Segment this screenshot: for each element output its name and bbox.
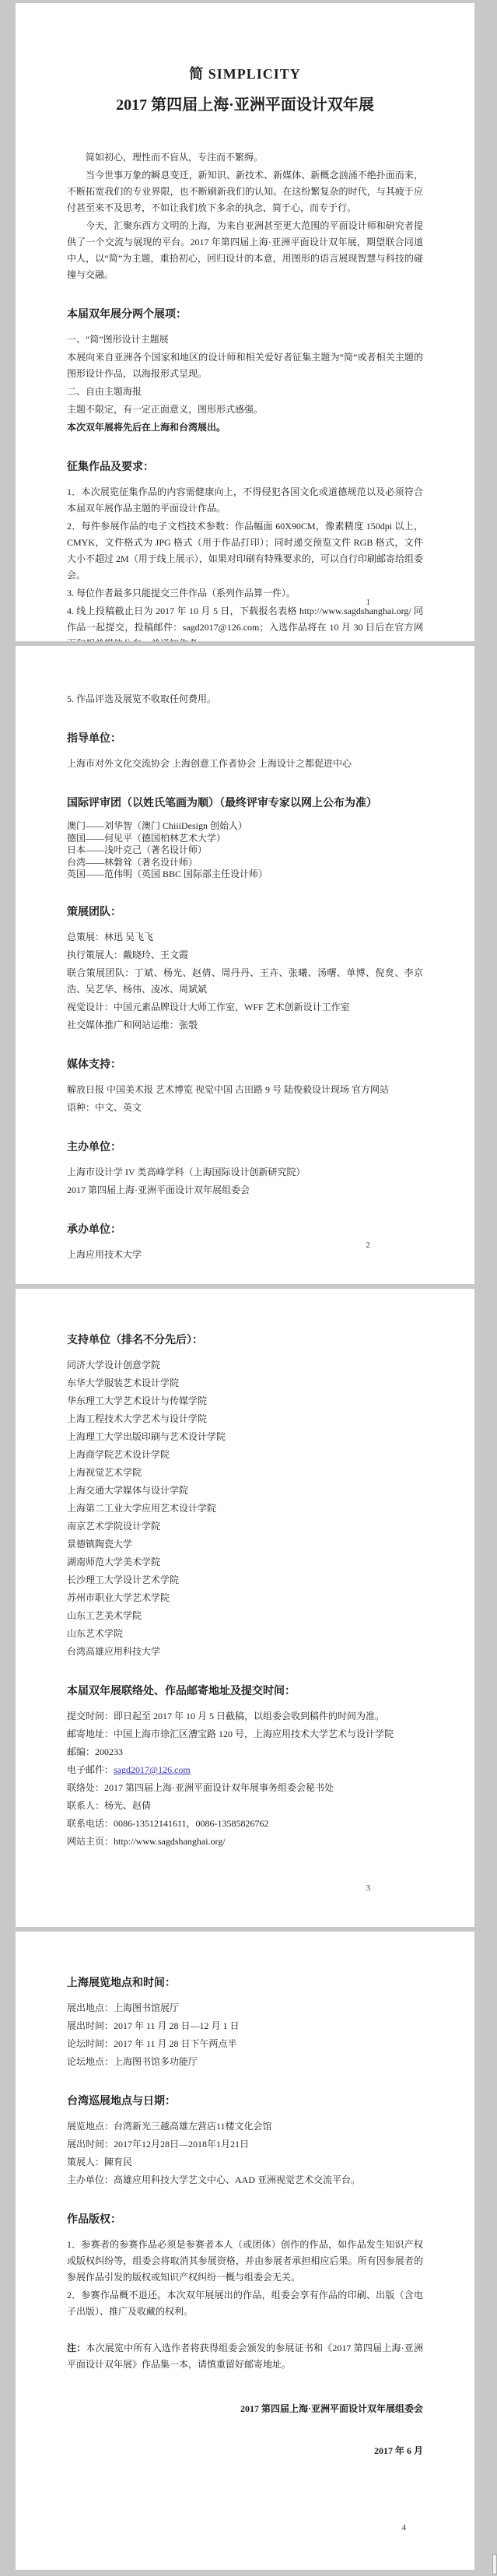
page-number: 1 (366, 598, 371, 607)
paragraph: 联系人：杨光、赵倩 (67, 1798, 423, 1814)
section-heading: 本届双年展联络处、作品邮寄地址及提交时间： (67, 1683, 423, 1700)
document-page: 支持单位（排名不分先后）：同济大学设计创意学院东华大学服装艺术设计学院华东理工大… (16, 1289, 474, 1927)
paragraph: 2017 第四届上海·亚洲平面设计双年展组委会 (67, 1182, 423, 1199)
document-subtitle: 2017 第四届上海·亚洲平面设计双年展 (67, 92, 423, 118)
document-page: 5. 作品评选及展览不收取任何费用。指导单位：上海市对外文化交流协会 上海创意工… (16, 646, 474, 1284)
paragraph: 上海市设计学 IV 类高峰学科（上海国际设计创新研究院） (67, 1164, 423, 1181)
signature-line: 2017 年 6 月 (67, 2441, 423, 2460)
paragraph: 语种：中文、英文 (67, 1100, 423, 1116)
jury-list-line: 台湾——林磐耸（著名设计师） (67, 857, 423, 869)
paragraph: 联合策展团队：丁斌、杨光、赵倩、周丹丹、王卉、张曦、汤曙、单博、倪炱、李京浩、吴… (67, 965, 423, 998)
section-heading: 媒体支持： (67, 1057, 423, 1074)
paragraph: 上海视觉艺术学院 (67, 1465, 423, 1481)
page-number: 2 (366, 1241, 371, 1250)
paragraph: 上海市对外文化交流协会 上海创意工作者协会 上海设计之都促进中心 (67, 756, 423, 772)
paragraph: 策展人：陳育民 (67, 2154, 423, 2171)
page-number: 4 (402, 2523, 407, 2532)
paragraph: 简如初心，理性而不盲从，专注而不繁缛。 (67, 149, 423, 166)
paragraph: 同济大学设计创意学院 (67, 1357, 423, 1374)
paragraph: 社交媒体推广和网站运维：张彀 (67, 1017, 423, 1034)
email-link[interactable]: sagd2017@126.com (114, 1764, 191, 1775)
document-pages: 简 SIMPLICITY2017 第四届上海·亚洲平面设计双年展简如初心，理性而… (0, 3, 497, 2570)
paragraph: 1．本次展览征集作品的内容需健康向上，不得侵犯各国文化或道德规范以及必须符合本届… (67, 484, 423, 517)
paragraph: 解放日报 中国美术报 艺术博览 视觉中国 古田路 9 号 陆俊毅设计现场 官方网… (67, 1082, 423, 1098)
section-heading: 支持单位（排名不分先后）： (67, 1332, 423, 1349)
paragraph: 今天，汇聚东西方文明的上海，为来自亚洲甚至更大范围的平面设计师和研究者提供了一个… (67, 218, 423, 283)
paragraph: 2．每件参展作品的电子文档技术参数：作品幅面 60X90CM，像素精度 150d… (67, 518, 423, 584)
signature-line: 2017 第四届上海·亚洲平面设计双年展组委会 (67, 2399, 423, 2418)
paragraph: 湖南师范大学美术学院 (67, 1554, 423, 1571)
page-content: 上海展览地点和时间：展出地点：上海图书馆展厅展出时间：2017 年 11 月 2… (67, 1975, 423, 2460)
note-text: 本次展览中所有入选作者将获得组委会颁发的参展证书和《2017 第四届上海·亚洲平… (67, 2343, 423, 2370)
paragraph: 苏州市职业大学艺术学院 (67, 1590, 423, 1606)
document-page: 上海展览地点和时间：展出地点：上海图书馆展厅展出时间：2017 年 11 月 2… (16, 1932, 474, 2570)
paragraph: 上海第二工业大学应用艺术设计学院 (67, 1500, 423, 1517)
scrollbar-thumb[interactable] (492, 2554, 497, 2574)
paragraph: 山东工艺美术学院 (67, 1608, 423, 1624)
paragraph: 展出时间：2017 年 11 月 28 日—12 月 1 日 (67, 2018, 423, 2034)
document-viewer: 简 SIMPLICITY2017 第四届上海·亚洲平面设计双年展简如初心，理性而… (0, 0, 497, 2576)
paragraph: 视觉设计：中国元素品牌设计大师工作室，WFF 艺术创新设计工作室 (67, 999, 423, 1016)
section-heading: 上海展览地点和时间： (67, 1975, 423, 1992)
section-heading: 国际评审团（以姓氏笔画为顺）（最终评审专家以网上公布为准） (67, 795, 423, 812)
page-content: 5. 作品评选及展览不收取任何费用。指导单位：上海市对外文化交流协会 上海创意工… (67, 691, 423, 1263)
email-label: 电子邮件： (67, 1764, 114, 1775)
section-heading: 指导单位： (67, 731, 423, 748)
section-heading: 征集作品及要求： (67, 459, 423, 476)
paragraph: 长沙理工大学设计艺术学院 (67, 1572, 423, 1588)
jury-list-line: 德国——何见平（德国柏林艺术大学） (67, 833, 423, 845)
paragraph: 1．参赛者的参赛作品必须是参赛者本人（或团体）创作的作品，如作品发生知识产权或版… (67, 2237, 423, 2286)
jury-list-line: 英国——范伟明（英国 BBC 国际部主任设计师） (67, 869, 423, 881)
section-heading: 台湾巡展地点与日期： (67, 2093, 423, 2111)
paragraph: 山东艺术学院 (67, 1626, 423, 1642)
paragraph: 联络处：2017 第四届上海·亚洲平面设计双年展事务组委会秘书处 (67, 1780, 423, 1796)
paragraph: 上海交通大学媒体与设计学院 (67, 1483, 423, 1499)
document-page: 简 SIMPLICITY2017 第四届上海·亚洲平面设计双年展简如初心，理性而… (16, 3, 474, 641)
paragraph: 论坛地点：上海图书馆多功能厅 (67, 2054, 423, 2070)
paragraph: 邮寄地址：中国上海市徐汇区漕宝路 120 号，上海应用技术大学艺术与设计学院 (67, 1726, 423, 1742)
paragraph: 网站主页：http://www.sagdshanghai.org/ (67, 1834, 423, 1850)
paragraph: 上海商学院艺术设计学院 (67, 1447, 423, 1463)
paragraph: 执行策展人：戴晓玲、王文霞 (67, 947, 423, 963)
page-content: 支持单位（排名不分先后）：同济大学设计创意学院东华大学服装艺术设计学院华东理工大… (67, 1332, 423, 1850)
paragraph: 联系电话：0086-13512141611，0086-13585826762 (67, 1816, 423, 1832)
section-heading: 本届双年展分两个展项： (67, 307, 423, 324)
paragraph: 展出地点：上海图书馆展厅 (67, 2000, 423, 2016)
jury-list-line: 日本——浅叶克己（著名设计师） (67, 844, 423, 857)
paragraph: 论坛时间：2017 年 11 月 28 日下午两点半 (67, 2036, 423, 2052)
paragraph: 4. 线上投稿截止日为 2017 年 10 月 5 日，下载报名表格 http:… (67, 603, 423, 641)
note-prefix: 注： (67, 2343, 86, 2353)
note-paragraph: 注：本次展览中所有入选作者将获得组委会颁发的参展证书和《2017 第四届上海·亚… (67, 2340, 423, 2373)
paragraph: 一、“简”图形设计主题展 (67, 332, 423, 348)
paragraph: 本展向来自亚洲各个国家和地区的设计师和相关爱好者征集主题为“简”或者相关主题的图… (67, 349, 423, 382)
paragraph: 台湾高雄应用科技大学 (67, 1644, 423, 1660)
paragraph: 2．参赛作品概不退还。本次双年展展出的作品，组委会享有作品的印刷、出版（含电子出… (67, 2287, 423, 2320)
paragraph: 东华大学服装艺术设计学院 (67, 1375, 423, 1392)
section-heading: 作品版权： (67, 2212, 423, 2229)
paragraph: 提交时间：即日起至 2017 年 10 月 5 日截稿，以组委会收到稿件的时间为… (67, 1708, 423, 1725)
paragraph: 上海工程技术大学艺术与设计学院 (67, 1411, 423, 1427)
paragraph: 展出时间：2017年12月28日—2018年1月21日 (67, 2136, 423, 2153)
paragraph-bold: 本次双年展将先后在上海和台湾展出。 (67, 419, 423, 436)
paragraph: 邮编：200233 (67, 1744, 423, 1760)
paragraph: 二、自由主题海报 (67, 384, 423, 400)
paragraph: 电子邮件：sagd2017@126.com (67, 1762, 423, 1778)
document-title: 简 SIMPLICITY (67, 62, 423, 86)
jury-list-line: 澳门——刘华智（澳门 ChiiiDesign 创始人） (67, 820, 423, 833)
paragraph: 华东理工大学艺术设计与传媒学院 (67, 1393, 423, 1409)
paragraph: 南京艺术学院设计学院 (67, 1518, 423, 1535)
section-heading: 主办单位： (67, 1139, 423, 1156)
paragraph: 当今世事万象的瞬息变迁，新知识、新技术、新媒体、新概念汹涌不绝扑面而来，不断拓宽… (67, 167, 423, 216)
section-heading: 承办单位： (67, 1222, 423, 1239)
paragraph: 景德镇陶瓷大学 (67, 1536, 423, 1553)
paragraph: 展览地点：台湾新光三越高雄左营店11楼文化会馆 (67, 2118, 423, 2135)
paragraph: 上海理工大学出版印刷与艺术设计学院 (67, 1429, 423, 1445)
page-number: 3 (366, 1883, 371, 1893)
paragraph: 主办单位：高雄应用科技大学艺文中心、AAD 亚洲视觉艺术交流平台。 (67, 2172, 423, 2188)
paragraph: 总策展：林迅 吴飞飞 (67, 929, 423, 946)
section-heading: 策展团队： (67, 904, 423, 921)
paragraph: 主题不限定，有一定正面意义，图形形式感强。 (67, 402, 423, 418)
page-content: 简 SIMPLICITY2017 第四届上海·亚洲平面设计双年展简如初心，理性而… (67, 62, 423, 641)
paragraph: 5. 作品评选及展览不收取任何费用。 (67, 691, 423, 707)
